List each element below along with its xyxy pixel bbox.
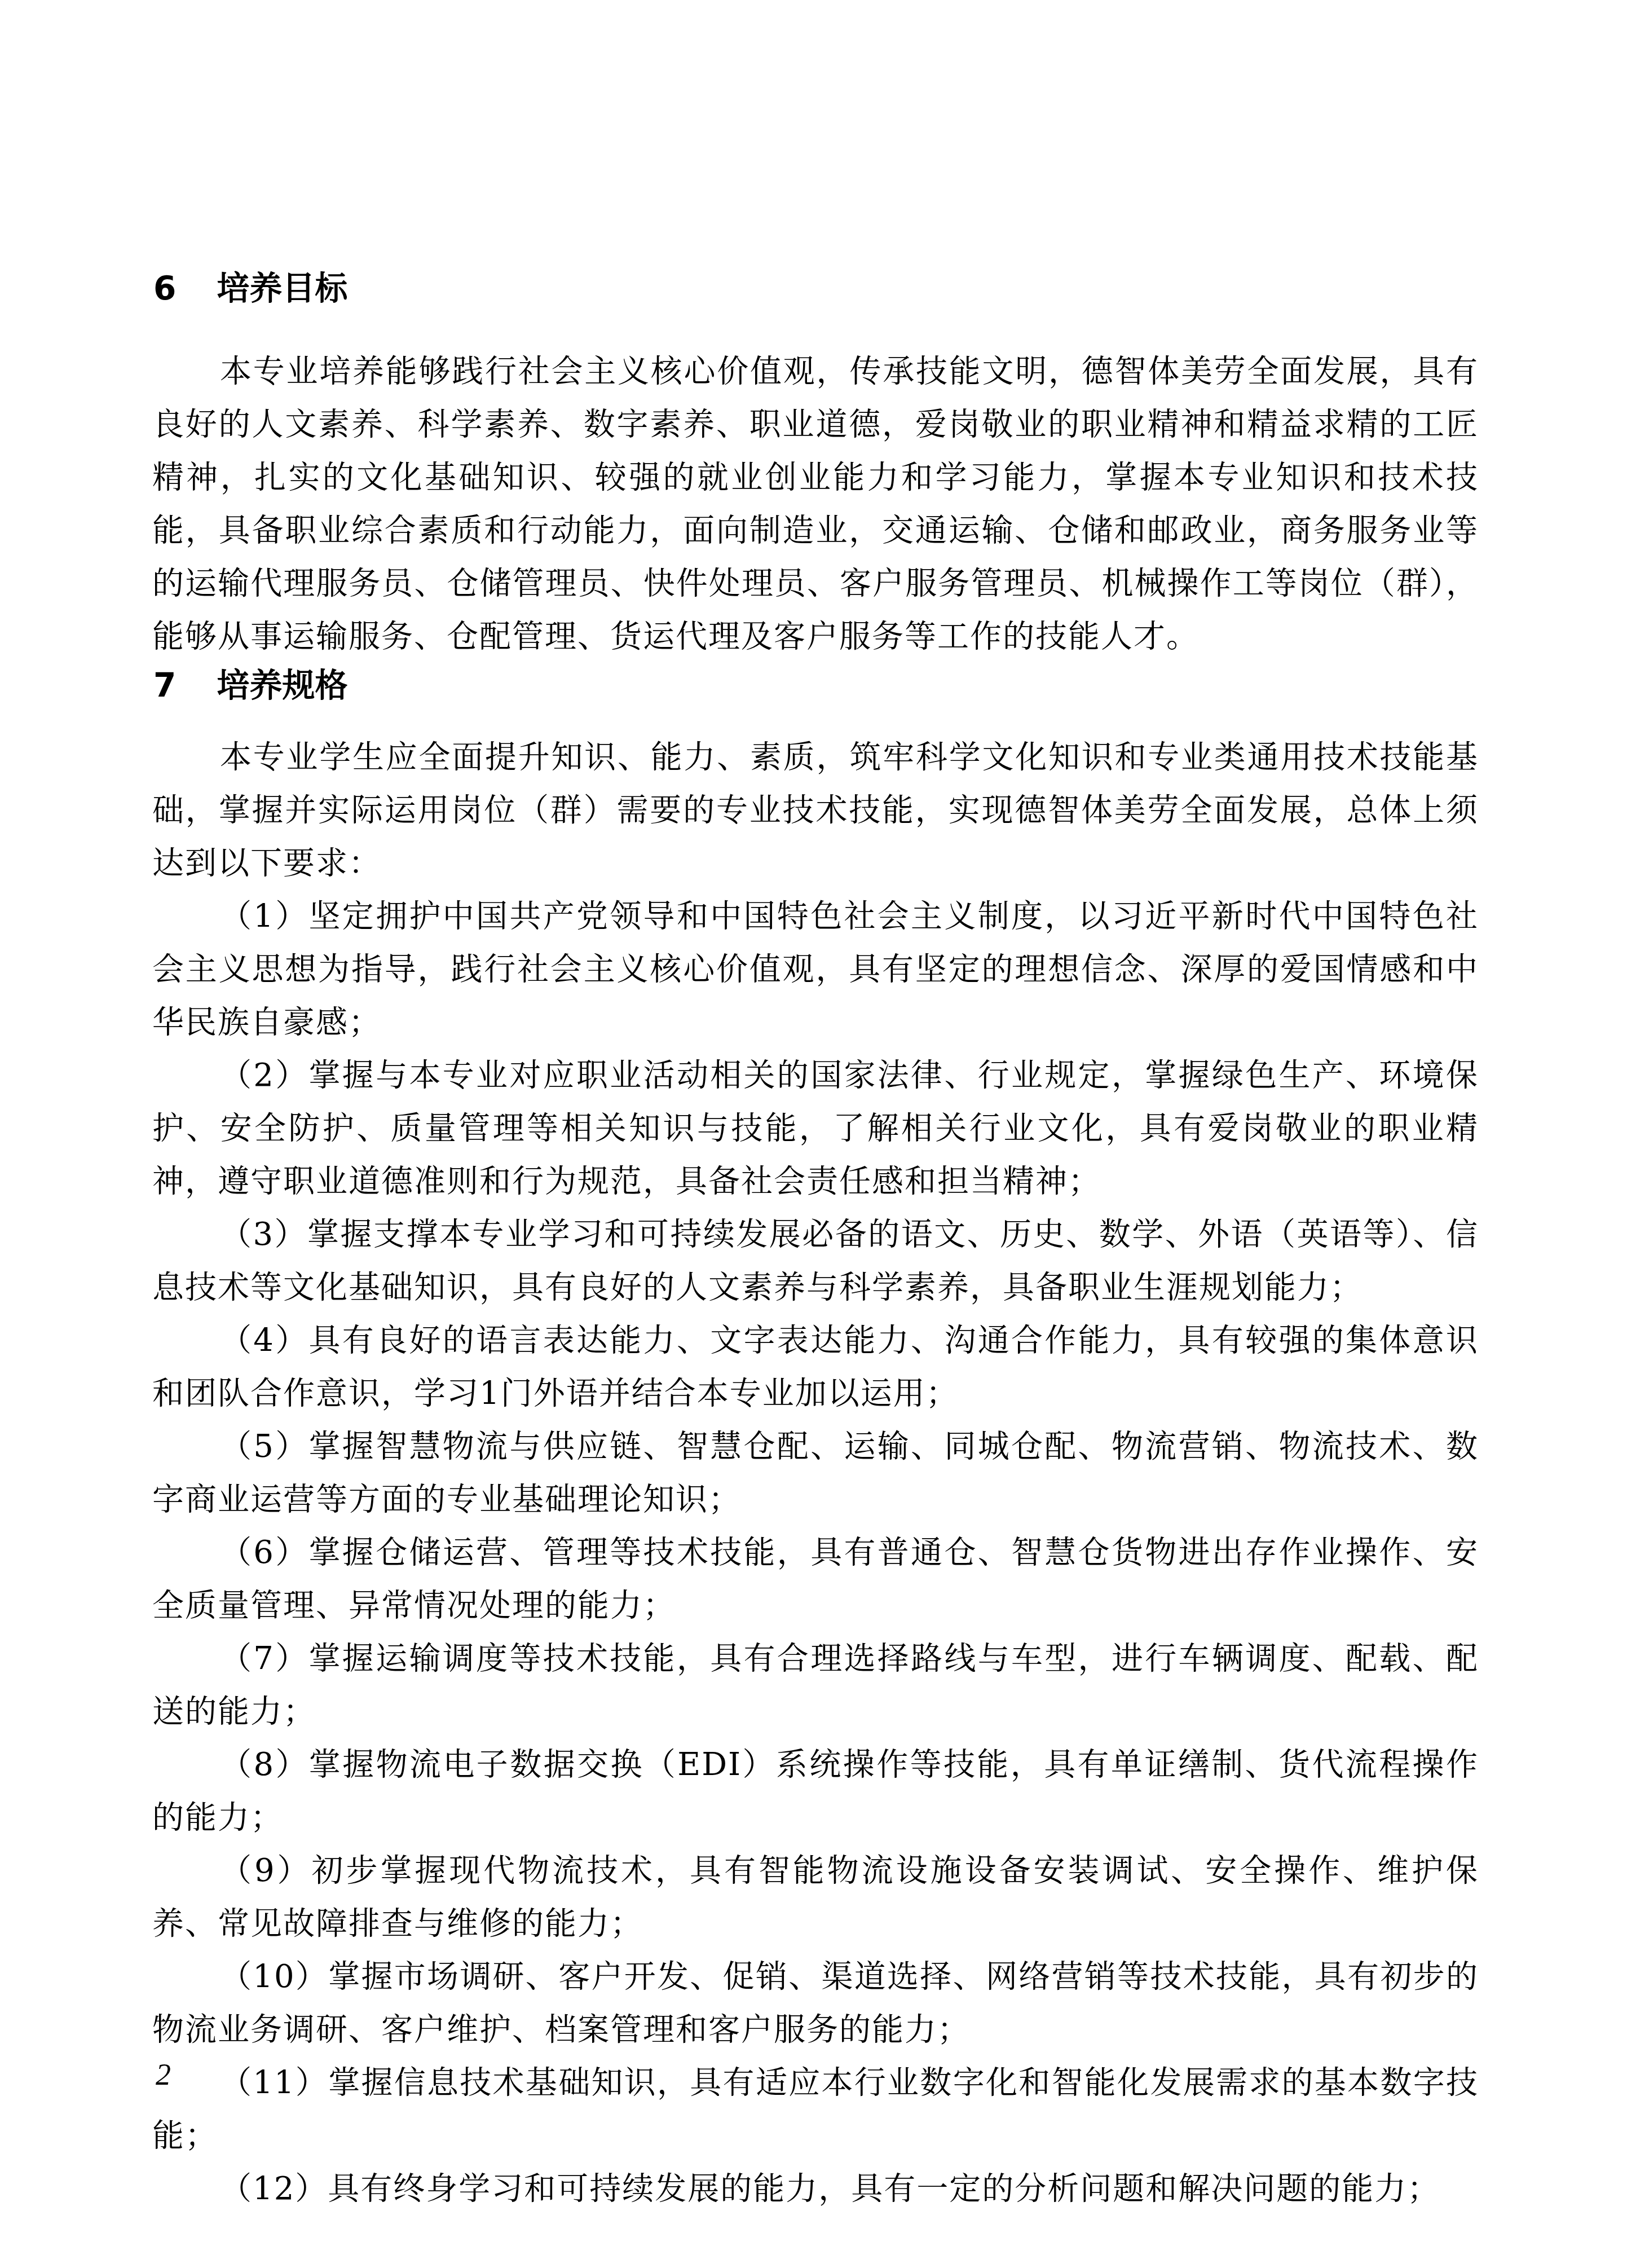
section-6-title: 培养目标 (217, 269, 348, 307)
section-6-body: 本专业培养能够践行社会主义核心价值观，传承技能文明，德智体美劳全面发展，具有良好… (152, 345, 1479, 663)
spec-item-2: （2）掌握与本专业对应职业活动相关的国家法律、行业规定，掌握绿色生产、环境保护、… (152, 1049, 1479, 1208)
section-6-number: 6 (153, 270, 176, 307)
spec-item-10: （10）掌握市场调研、客户开发、促销、渠道选择、网络营销等技术技能，具有初步的物… (152, 1950, 1479, 2056)
paragraph-specs-intro: 本专业学生应全面提升知识、能力、素质，筑牢科学文化知识和专业类通用技术技能基础，… (152, 731, 1479, 890)
section-7-title: 培养规格 (217, 666, 348, 704)
spec-item-8: （8）掌握物流电子数据交换（EDI）系统操作等技能，具有单证缮制、货代流程操作的… (152, 1738, 1479, 1844)
paragraph-training-objectives: 本专业培养能够践行社会主义核心价值观，传承技能文明，德智体美劳全面发展，具有良好… (152, 345, 1479, 663)
spec-item-12: （12）具有终身学习和可持续发展的能力，具有一定的分析问题和解决问题的能力； (152, 2163, 1479, 2216)
section-7-body: 本专业学生应全面提升知识、能力、素质，筑牢科学文化知识和专业类通用技术技能基础，… (152, 731, 1479, 2216)
spec-item-9: （9）初步掌握现代物流技术，具有智能物流设施设备安装调试、安全操作、维护保养、常… (152, 1844, 1479, 1950)
section-7-heading: 7 培养规格 (153, 667, 348, 704)
spec-item-1: （1）坚定拥护中国共产党领导和中国特色社会主义制度，以习近平新时代中国特色社会主… (152, 890, 1479, 1049)
section-6-heading: 6 培养目标 (153, 270, 348, 307)
page-number: 2 (156, 2058, 171, 2091)
spec-item-4: （4）具有良好的语言表达能力、文字表达能力、沟通合作能力，具有较强的集体意识和团… (152, 1314, 1479, 1420)
document-page: 6 培养目标 本专业培养能够践行社会主义核心价值观，传承技能文明，德智体美劳全面… (0, 0, 1627, 2268)
spec-item-3: （3）掌握支撑本专业学习和可持续发展必备的语文、历史、数学、外语（英语等）、信息… (152, 1208, 1479, 1314)
spec-item-6: （6）掌握仓储运营、管理等技术技能，具有普通仓、智慧仓货物进出存作业操作、安全质… (152, 1526, 1479, 1632)
spec-item-7: （7）掌握运输调度等技术技能，具有合理选择路线与车型，进行车辆调度、配载、配送的… (152, 1632, 1479, 1738)
section-7-number: 7 (153, 667, 176, 704)
spec-item-5: （5）掌握智慧物流与供应链、智慧仓配、运输、同城仓配、物流营销、物流技术、数字商… (152, 1420, 1479, 1526)
spec-item-11: （11）掌握信息技术基础知识，具有适应本行业数字化和智能化发展需求的基本数字技能… (152, 2056, 1479, 2163)
